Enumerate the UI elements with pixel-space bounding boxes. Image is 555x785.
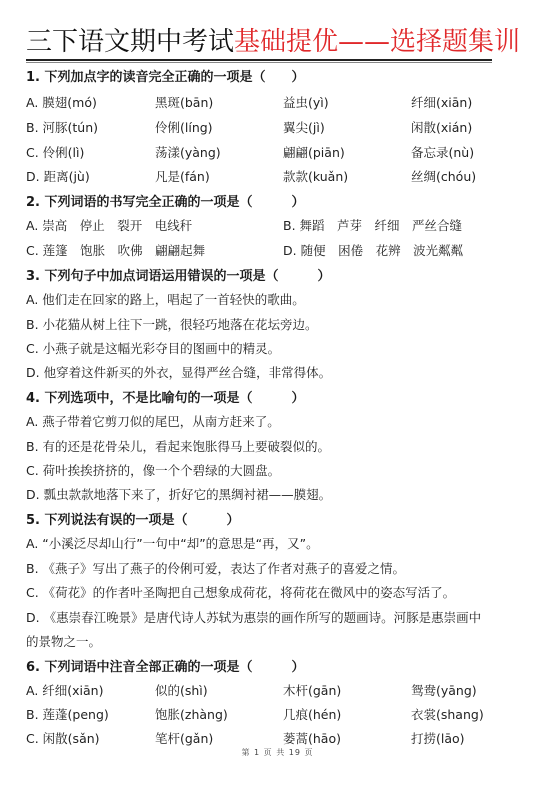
- q1-c-3: 翩翩(piān): [283, 143, 345, 161]
- q6-a-1: A. 纤细(xiān): [26, 681, 103, 699]
- question-1-stem: 1. 下列加点字的读音完全正确的一项是（ ）: [26, 66, 305, 85]
- q2-option-c: C. 莲篷 饱胀 吹佛 翩翩起舞: [26, 241, 205, 259]
- q1-b-4: 闲散(xián): [411, 118, 472, 136]
- q6-a-2: 似的(shì): [155, 681, 208, 699]
- title-black-part: 三下语文期中考试: [26, 27, 234, 57]
- q4-option-b: B. 有的还是花骨朵儿，看起来饱胀得马上要破裂似的。: [26, 437, 330, 455]
- q1-c-4: 备忘录(nù): [411, 143, 474, 161]
- q6-b-2: 饱胀(zhàng): [155, 705, 228, 723]
- q2-option-a: A. 崇高 停止 裂开 电线秆: [26, 216, 192, 234]
- question-3-stem: 3. 下列句子中加点词语运用错误的一项是（ ）: [26, 265, 331, 284]
- title-underline: [26, 59, 492, 61]
- q4-option-a: A. 燕子带着它剪刀似的尾巴，从南方赶来了。: [26, 412, 280, 430]
- page-number-footer: 第 1 页 共 19 页: [0, 747, 555, 758]
- question-4-stem: 4. 下列选项中，不是比喻句的一项是（ ）: [26, 387, 305, 406]
- q3-option-c: C. 小燕子就是这幅光彩夺目的图画中的精灵。: [26, 339, 280, 357]
- q2-option-b: B. 舞蹈 芦芽 纤细 严丝合缝: [283, 216, 462, 234]
- q4-option-c: C. 荷叶挨挨挤挤的，像一个个碧绿的大圆盘。: [26, 461, 280, 479]
- document-title: 三下语文期中考试基础提优——选择题集训: [26, 26, 494, 58]
- q2-option-d: D. 随便 困倦 花辨 波光粼粼: [283, 241, 463, 259]
- q3-option-d: D. 他穿着这件新买的外衣，显得严丝合缝，非常得体。: [26, 363, 331, 381]
- q6-a-4: 鸳鸯(yāng): [411, 681, 477, 699]
- q1-d-1: D. 距离(jù): [26, 167, 90, 185]
- q6-b-1: B. 莲蓬(peng): [26, 705, 109, 723]
- q1-a-4: 纤细(xiān): [411, 93, 472, 111]
- q3-option-b: B. 小花猫从树上往下一跳，很轻巧地落在花坛旁边。: [26, 315, 318, 333]
- q1-b-1: B. 河豚(tún): [26, 118, 98, 136]
- q5-option-b: B. 《燕子》写出了燕子的伶俐可爱，表达了作者对燕子的喜爱之情。: [26, 559, 405, 577]
- q5-option-d: D. 《惠崇春江晚景》是唐代诗人苏轼为惠崇的画作所写的题画诗。河豚是惠崇画中: [26, 608, 481, 626]
- q1-a-1: A. 膜翅(mó): [26, 93, 97, 111]
- q5-option-c: C. 《荷花》的作者叶圣陶把自己想象成荷花，将荷花在微风中的姿态写活了。: [26, 583, 455, 601]
- q5-option-a: A. “小溪泛尽却山行”一句中“却”的意思是“再，又”。: [26, 534, 319, 552]
- q1-a-2: 黑斑(bān): [155, 93, 213, 111]
- q6-b-3: 几痕(hén): [283, 705, 341, 723]
- q6-c-4: 打捞(lāo): [411, 729, 465, 747]
- q6-a-3: 木杆(gān): [283, 681, 341, 699]
- q1-d-2: 凡是(fán): [155, 167, 210, 185]
- q1-b-3: 翼尖(jì): [283, 118, 325, 136]
- q6-c-3: 蒌蒿(hāo): [283, 729, 341, 747]
- q5-option-d-cont: 的景物之一。: [26, 632, 101, 650]
- q1-d-3: 款款(kuǎn): [283, 167, 348, 185]
- question-5-stem: 5. 下列说法有误的一项是（ ）: [26, 509, 240, 528]
- q1-c-1: C. 伶俐(lì): [26, 143, 84, 161]
- q4-option-d: D. 瓢虫款款地落下来了，折好它的黑绸衬裙——膜翅。: [26, 485, 331, 503]
- q1-c-2: 荡漾(yàng): [155, 143, 221, 161]
- q1-b-2: 伶俐(líng): [155, 118, 213, 136]
- question-2-stem: 2. 下列词语的书写完全正确的一项是（ ）: [26, 191, 305, 210]
- title-red-part: 基础提优——选择题集训: [234, 27, 520, 57]
- q6-c-2: 笔杆(gǎn): [155, 729, 213, 747]
- question-6-stem: 6. 下列词语中注音全部正确的一项是（ ）: [26, 656, 305, 675]
- title-underline-shadow: [26, 62, 492, 63]
- q1-a-3: 益虫(yì): [283, 93, 329, 111]
- q1-d-4: 丝绸(chóu): [411, 167, 476, 185]
- q3-option-a: A. 他们走在回家的路上，唱起了一首轻快的歌曲。: [26, 290, 305, 308]
- q6-b-4: 衣裳(shang): [411, 705, 484, 723]
- q6-c-1: C. 闲散(sǎn): [26, 729, 100, 747]
